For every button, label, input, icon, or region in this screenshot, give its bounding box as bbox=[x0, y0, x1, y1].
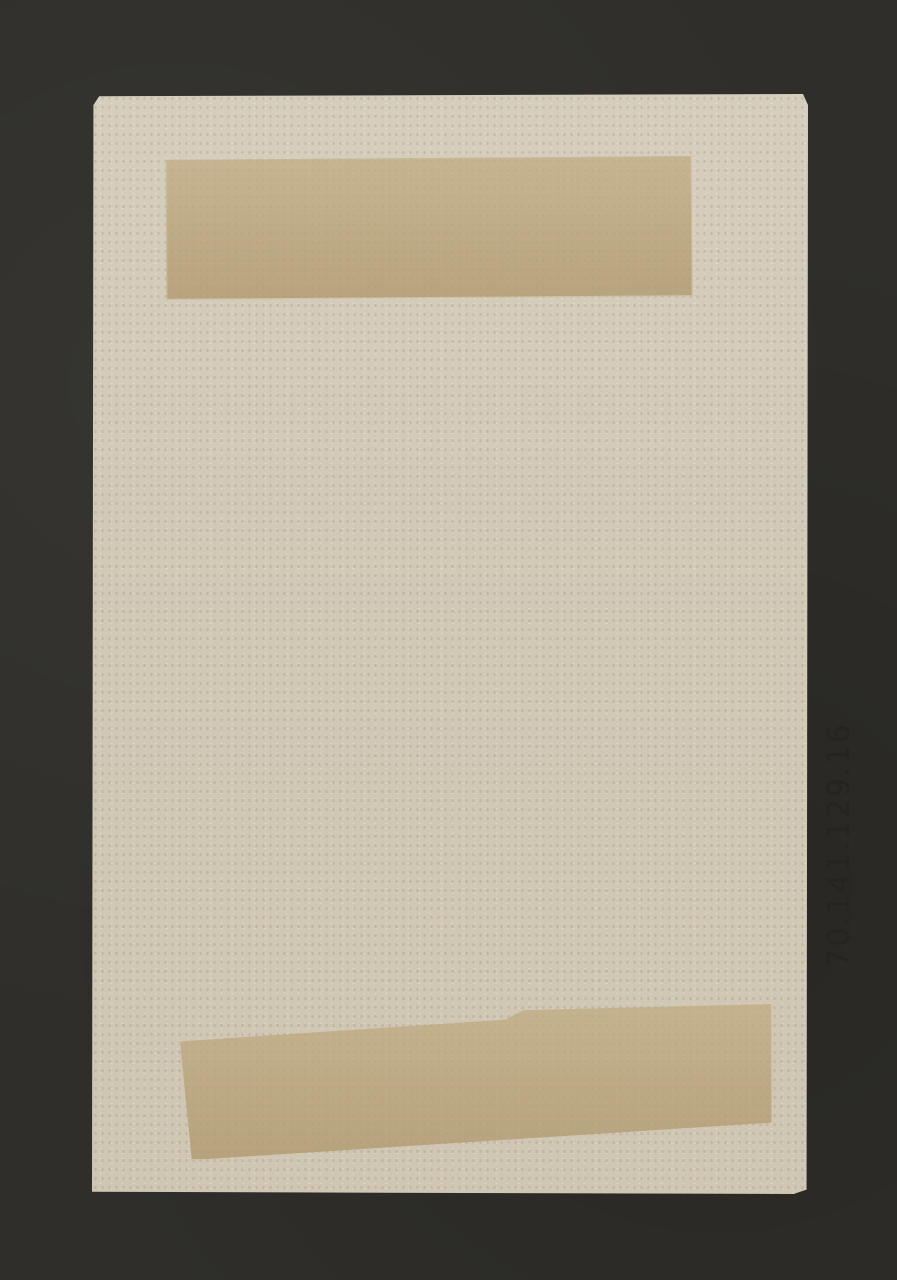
tape-strip-top bbox=[166, 156, 693, 300]
accession-number: 70.141.129.16 bbox=[820, 685, 860, 1005]
